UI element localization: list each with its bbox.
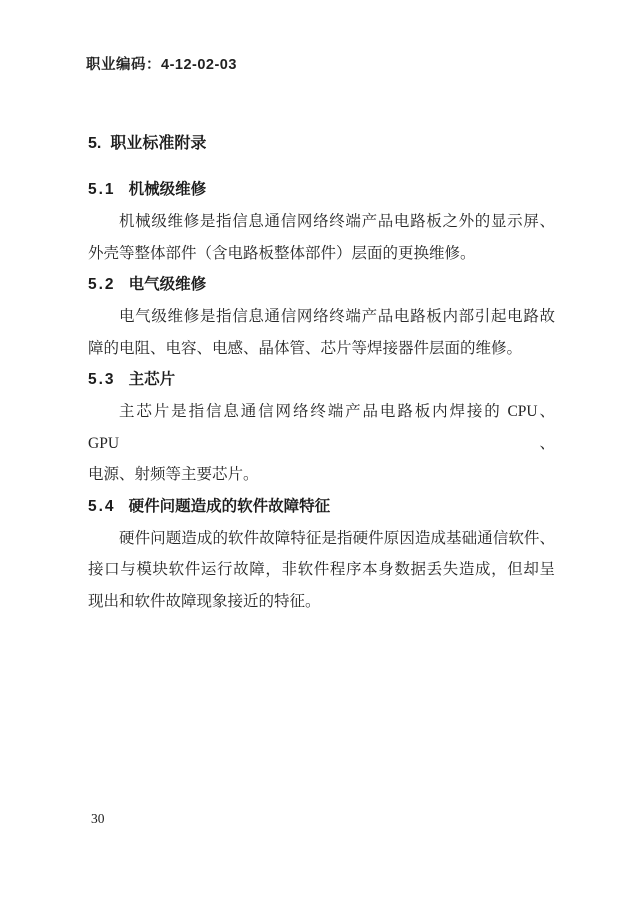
subsection-paragraph: 硬件问题造成的软件故障特征是指硬件原因造成基础通信软件、 接口与模块软件运行故障… [88, 523, 555, 618]
chapter-number: 5. [88, 135, 101, 152]
paragraph-line: 机械级维修是指信息通信网络终端产品电路板之外的显示屏、 [88, 206, 555, 238]
page-number: 30 [91, 811, 105, 827]
subsection-5-2: 5.2电气级维修 电气级维修是指信息通信网络终端产品电路板内部引起电路故 障的电… [88, 275, 555, 364]
subsection-title: 主芯片 [129, 371, 176, 388]
paragraph-line: 接口与模块软件运行故障，非软件程序本身数据丢失造成，但却呈 [88, 554, 555, 586]
occupation-code-header: 职业编码：4-12-02-03 [86, 53, 237, 74]
paragraph-line: 电气级维修是指信息通信网络终端产品电路板内部引起电路故 [88, 301, 555, 333]
paragraph-line: 硬件问题造成的软件故障特征是指硬件原因造成基础通信软件、 [88, 523, 555, 555]
subsection-heading: 5.4硬件问题造成的软件故障特征 [88, 497, 555, 517]
subsection-5-1: 5.1机械级维修 机械级维修是指信息通信网络终端产品电路板之外的显示屏、 外壳等… [88, 180, 555, 269]
subsection-title: 硬件问题造成的软件故障特征 [129, 498, 331, 515]
subsection-paragraph: 机械级维修是指信息通信网络终端产品电路板之外的显示屏、 外壳等整体部件（含电路板… [88, 206, 555, 269]
paragraph-line: 电源、射频等主要芯片。 [88, 459, 555, 491]
subsection-number: 5.3 [88, 371, 116, 388]
subsection-number: 5.1 [88, 181, 116, 198]
subsection-5-3: 5.3主芯片 主芯片是指信息通信网络终端产品电路板内焊接的 CPU、GPU、 电… [88, 370, 555, 491]
chapter-title-text: 职业标准附录 [110, 135, 206, 152]
paragraph-line: 现出和软件故障现象接近的特征。 [88, 586, 555, 618]
subsection-title: 机械级维修 [129, 181, 207, 198]
subsection-heading: 5.1机械级维修 [88, 180, 555, 200]
subsection-number: 5.4 [88, 498, 116, 515]
subsection-number: 5.2 [88, 276, 116, 293]
paragraph-line: 障的电阻、电容、电感、晶体管、芯片等焊接器件层面的维修。 [88, 333, 555, 365]
subsection-heading: 5.3主芯片 [88, 370, 555, 390]
subsection-title: 电气级维修 [129, 276, 207, 293]
chapter-title: 5.职业标准附录 [88, 134, 555, 154]
document-body: 5.职业标准附录 5.1机械级维修 机械级维修是指信息通信网络终端产品电路板之外… [88, 134, 555, 623]
subsection-heading: 5.2电气级维修 [88, 275, 555, 295]
document-page: 职业编码：4-12-02-03 5.职业标准附录 5.1机械级维修 机械级维修是… [0, 0, 641, 899]
paragraph-line: 主芯片是指信息通信网络终端产品电路板内焊接的 CPU、GPU、 [88, 396, 555, 459]
paragraph-line: 外壳等整体部件（含电路板整体部件）层面的更换维修。 [88, 238, 555, 270]
subsection-5-4: 5.4硬件问题造成的软件故障特征 硬件问题造成的软件故障特征是指硬件原因造成基础… [88, 497, 555, 618]
subsection-paragraph: 电气级维修是指信息通信网络终端产品电路板内部引起电路故 障的电阻、电容、电感、晶… [88, 301, 555, 364]
subsection-paragraph: 主芯片是指信息通信网络终端产品电路板内焊接的 CPU、GPU、 电源、射频等主要… [88, 396, 555, 491]
